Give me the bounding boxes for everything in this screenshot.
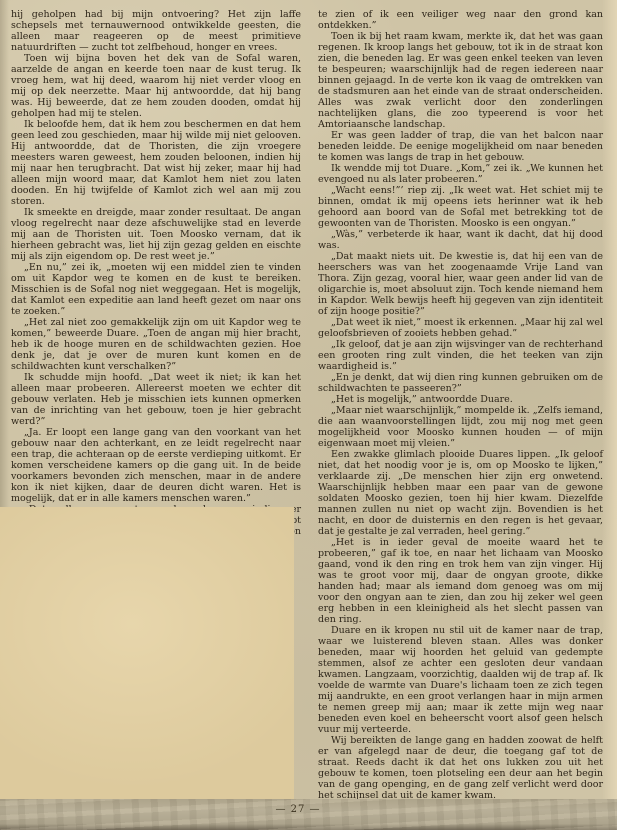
- paragraph: Toen ik bij het raam kwam, merkte ik, da…: [318, 31, 603, 130]
- paragraph: „Dat maakt niets uit. De kwestie is, dat…: [318, 251, 603, 317]
- paragraph: „Het is in ieder geval de moeite waard h…: [318, 537, 603, 625]
- paragraph: „Ja. Er loopt een lange gang van den voo…: [11, 427, 301, 504]
- paragraph: Wij bereikten de lange gang en hadden zo…: [318, 735, 603, 801]
- paragraph: „Het is mogelijk,” antwoordde Duare.: [318, 394, 603, 405]
- left-column: hij geholpen had bij mijn ontvoering? He…: [11, 9, 301, 548]
- paragraph: Er was geen ladder of trap, die van het …: [318, 130, 603, 163]
- paragraph: Toen wij bijna boven het dek van de Sofa…: [11, 53, 301, 119]
- paragraph: Een zwakke glimlach plooide Duares lippe…: [318, 449, 603, 537]
- paragraph: Duare en ik kropen nu stil uit de kamer …: [318, 625, 603, 735]
- paragraph: Ik beloofde hem, dat ik hem zou bescherm…: [11, 119, 301, 207]
- paragraph: Ik wendde mij tot Duare. „Kom,” zei ik. …: [318, 163, 603, 185]
- page-right-edge-highlight: [602, 0, 617, 799]
- page-bottom-edge: — 27 —: [0, 799, 617, 830]
- paragraph: „En je denkt, dat wij dien ring kunnen g…: [318, 372, 603, 394]
- paragraph: Ik schudde mijn hoofd. „Dat weet ik niet…: [11, 372, 301, 427]
- paragraph: te zien of ik een veiliger weg naar den …: [318, 9, 603, 31]
- right-column: te zien of ik een veiliger weg naar den …: [318, 9, 603, 815]
- paragraph: „Ik geloof, dat je aan zijn wijsvinger v…: [318, 339, 603, 372]
- paragraph: „Wacht eens!”’ riep zij. „Ik weet wat. H…: [318, 185, 603, 229]
- paragraph: hij geholpen had bij mijn ontvoering? He…: [11, 9, 301, 53]
- scanned-page: hij geholpen had bij mijn ontvoering? He…: [0, 0, 617, 830]
- paragraph: „En nu,” zei ik, „moeten wij een middel …: [11, 262, 301, 317]
- blank-illustration-area: [0, 507, 294, 799]
- paragraph: „Wàs,” verbeterde ik haar, want ik dacht…: [318, 229, 603, 251]
- page-number: — 27 —: [253, 804, 343, 815]
- paragraph: Ik smeekte en dreigde, maar zonder resul…: [11, 207, 301, 262]
- paragraph: „Het zal niet zoo gemakkelijk zijn om ui…: [11, 317, 301, 372]
- paragraph: „Maar niet waarschijnlijk,” mompelde ik.…: [318, 405, 603, 449]
- paragraph: „Dat weet ik niet,” moest ik erkennen. „…: [318, 317, 603, 339]
